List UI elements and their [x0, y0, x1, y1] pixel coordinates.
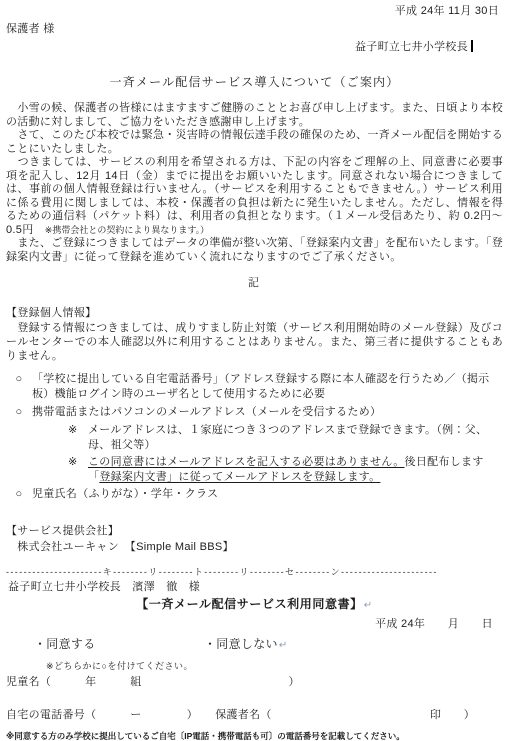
sender-line: 益子町立七井小学校長	[6, 40, 503, 54]
mail-address-note-1: ※ メールアドレスは、１家庭につき３つのアドレスまで登録できます。（例：父、母、…	[6, 423, 503, 453]
note-text: メールアドレスは、１家庭につき３つのアドレスまで登録できます。（例：父、母、祖父…	[88, 423, 503, 453]
circle-bullet-icon: ○	[6, 372, 32, 402]
bottom-instruction-note: ※同意する方のみ学校に提出しているご自宅〔IP電話・携帯電話も可〕の電話番号を記…	[6, 731, 503, 741]
agree-option[interactable]: ・同意する	[34, 636, 204, 654]
letter-title: 一斉メール配信サービス導入について（ご案内）	[6, 74, 503, 90]
mail-address-note-2: ※ この同意書にはメールアドレスを記入する必要はありません。後日配布します「登録…	[6, 455, 503, 485]
list-item-text: 児童氏名（ふりがな）・学年・クラス	[32, 487, 503, 502]
list-item: ○ 児童氏名（ふりがな）・学年・クラス	[6, 487, 503, 502]
registered-info-list: ○ 「学校に提出している自宅電話番号」（アドレス登録する際に本人確認を行うため／…	[6, 372, 503, 502]
circle-bullet-icon: ○	[6, 487, 32, 502]
circle-instruction-note: ※どちらかに○を付けてください。	[46, 660, 503, 672]
paragraph-return-mark: ↵	[364, 600, 373, 611]
list-item-text: 「学校に提出している自宅電話番号」（アドレス登録する際に本人確認を行うため／（掲…	[32, 372, 503, 402]
reference-mark-icon: ※	[68, 423, 88, 453]
home-phone-field[interactable]: 自宅の電話番号（ ー ）	[6, 709, 193, 721]
ki-marker: 記	[6, 276, 503, 290]
provider-heading: 【サービス提供会社】	[6, 524, 503, 539]
consent-title: 【一斉メール配信サービス利用同意書】↵	[6, 596, 503, 614]
carrier-fee-note: ※携帯会社との契約により異なります。）	[45, 225, 209, 235]
underlined-text: この同意書にはメールアドレスを記入する必要はありません。	[88, 456, 405, 468]
sender-name: 益子町立七井小学校長	[355, 41, 468, 53]
consent-title-text: 【一斉メール配信サービス利用同意書】	[136, 597, 363, 611]
addressee: 保護者 様	[6, 22, 503, 36]
list-item-text: 携帯電話またはパソコンのメールアドレス（メールを受信するため）	[32, 405, 503, 420]
reference-mark-icon: ※	[68, 455, 88, 485]
underlined-text: 同意する方のみ学校に提出しているご自宅〔IP電話・携帯電話も可〕の電話番号を記載…	[14, 731, 405, 741]
document-page: 平成 24年 11月 30日 保護者 様 益子町立七井小学校長 一斉メール配信サ…	[0, 0, 509, 741]
circle-bullet-icon: ○	[6, 405, 32, 420]
disagree-option-wrap: ・同意しない↵	[204, 636, 288, 654]
consent-recipient: 益子町立七井小学校長 濱澤 徹 様	[6, 580, 503, 595]
disagree-option[interactable]: ・同意しない	[204, 637, 278, 651]
text-cursor	[471, 40, 473, 52]
paragraph-intro: さて、このたび本校では緊急・災害時の情報伝達手段の確保のため、一斉メール配信を開…	[6, 129, 503, 156]
agree-options-row: ・同意する ・同意しない↵	[6, 636, 503, 654]
phone-guardian-row: 自宅の電話番号（ ー ） 保護者名（ 印 ）	[6, 708, 503, 723]
letter-body: 小雪の候、保護者の皆様にはますますご健勝のこととお喜び申し上げます。また、日頃よ…	[6, 102, 503, 264]
paragraph-greeting: 小雪の候、保護者の皆様にはますますご健勝のこととお喜び申し上げます。また、日頃よ…	[6, 102, 503, 129]
letter-date: 平成 24年 11月 30日	[6, 4, 503, 18]
note-text: この同意書にはメールアドレスを記入する必要はありません。後日配布します「登録案内…	[88, 455, 503, 485]
provider-company: 株式会社ユーキャン 【Simple Mail BBS】	[6, 539, 503, 556]
paragraph-request: つきましては、サービスの利用を希望される方は、下記の内容をご理解の上、同意書に必…	[6, 156, 503, 237]
paragraph-registration: また、ご登録につきましてはデータの準備が整い次第、「登録案内文書」を配布いたしま…	[6, 237, 503, 264]
paragraph-return-mark: ↵	[279, 640, 288, 651]
cut-line: ----------------------キ--------リ--------…	[6, 567, 503, 577]
personal-info-body: 登録する情報につきましては、成りすまし防止対策（サービス利用開始時のメール登録）…	[6, 321, 503, 363]
underlined-text: 登録案内文書」に従ってメールアドレスを登録します。	[99, 471, 380, 483]
consent-date-line: 平成 24年 月 日	[6, 617, 503, 631]
list-item: ○ 携帯電話またはパソコンのメールアドレス（メールを受信するため）	[6, 405, 503, 420]
child-name-field[interactable]: 児童名（ 年 組 ）	[6, 675, 503, 690]
guardian-name-field[interactable]: 保護者名（ 印 ）	[193, 709, 476, 721]
personal-info-heading: 【登録個人情報】	[6, 306, 503, 321]
list-item: ○ 「学校に提出している自宅電話番号」（アドレス登録する際に本人確認を行うため／…	[6, 372, 503, 402]
